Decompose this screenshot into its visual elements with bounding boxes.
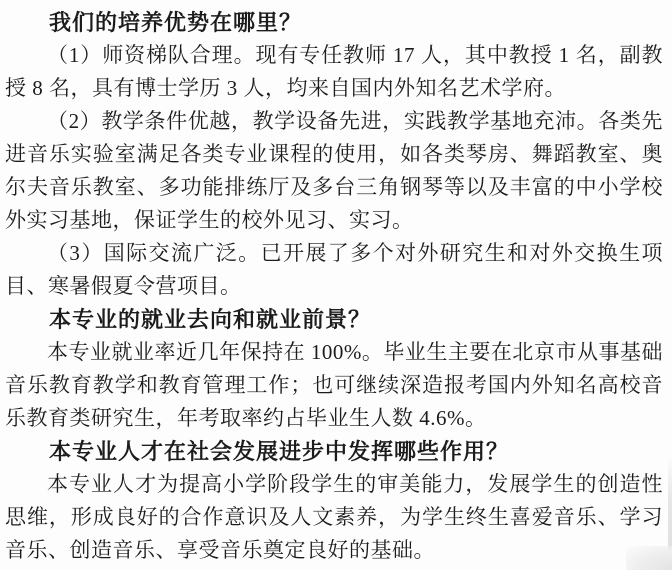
section-heading-training-advantages: 我们的培养优势在哪里？ — [5, 6, 663, 39]
document-page: 我们的培养优势在哪里？ （1）师资梯队合理。现有专任教师 17 人，其中教授 1… — [0, 0, 672, 570]
section-heading-employment-prospects: 本专业的就业去向和就业前景？ — [5, 303, 663, 336]
paragraph-international-exchange: （3）国际交流广泛。已开展了多个对外研究生和对外交换生项目、寒暑假夏令营项目。 — [5, 237, 663, 303]
paragraph-employment-rate: 本专业就业率近几年保持在 100%。毕业生主要在北京市从事基础音乐教育教学和教育… — [5, 336, 663, 435]
paragraph-faculty-team: （1）师资梯队合理。现有专任教师 17 人，其中教授 1 名，副教授 8 名，具… — [5, 39, 663, 105]
paragraph-social-contribution: 本专业人才为提高小学阶段学生的审美能力，发展学生的创造性思维，形成良好的合作意识… — [5, 468, 663, 567]
section-heading-social-role: 本专业人才在社会发展进步中发挥哪些作用？ — [5, 435, 663, 468]
paragraph-teaching-conditions: （2）教学条件优越，教学设备先进，实践教学基地充沛。各类先进音乐实验室满足各类专… — [5, 105, 663, 237]
scan-edge-artifact — [668, 455, 672, 570]
